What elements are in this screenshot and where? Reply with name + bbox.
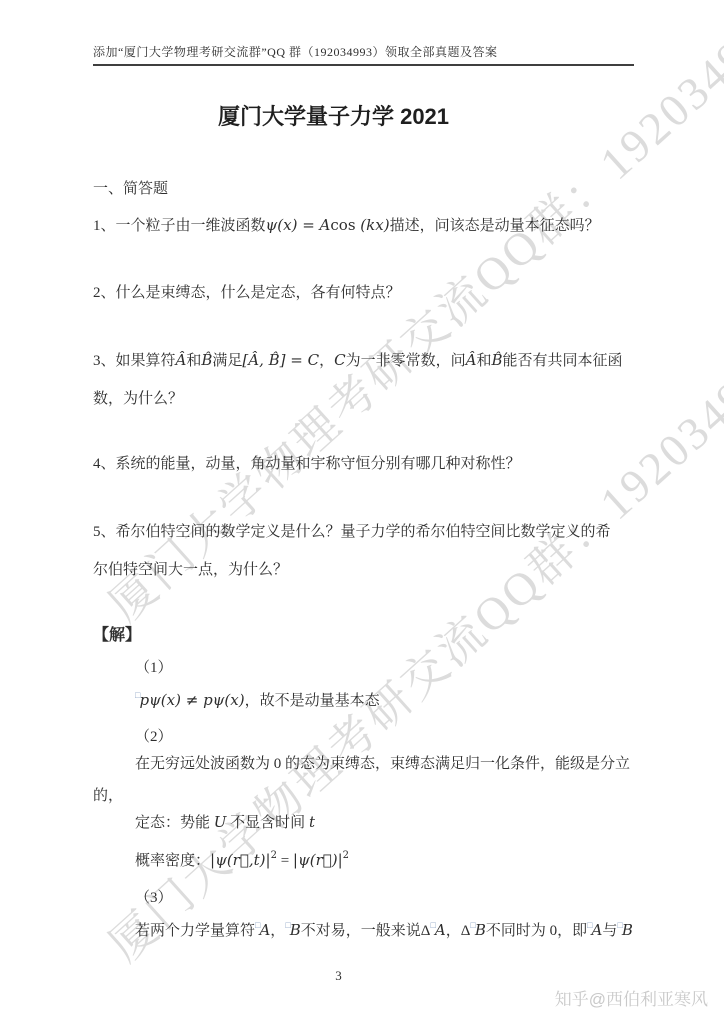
text-segment-t: 定态：势能	[135, 815, 214, 831]
text-segment-t: 不对易，一般来说Δ	[301, 923, 431, 939]
text-segment-m: B̂	[491, 351, 502, 369]
section-heading: 一、简答题	[93, 179, 634, 200]
question-5-line1: 5、希尔伯特空间的数学定义是什么？量子力学的希尔伯特空间比数学定义的希	[93, 522, 634, 543]
text-segment-t: 概率密度：	[135, 853, 210, 869]
text-segment-m: C	[334, 351, 345, 369]
text-segment-t: ，	[270, 923, 285, 939]
document-page: 厦门大学物理考研交流QQ群：192034993 厦门大学物理考研交流QQ群：19…	[0, 0, 724, 1024]
solution-part3-text: 若两个力学量算符□A，□B不对易，一般来说Δ□A，Δ□B不同时为 0，即□A与□…	[93, 915, 634, 942]
text-segment-m: U	[214, 813, 227, 831]
text-segment-m: B̂	[201, 351, 212, 369]
text-segment-m: [Â, B̂] = C	[242, 351, 319, 369]
text-segment-t: 满足	[212, 353, 242, 369]
text-segment-t: 能否有共同本征函	[503, 353, 623, 369]
text-segment-t: 与	[602, 923, 617, 939]
solution-part1-formula: □pψ(x) ≠ pψ(x)，故不是动量基本态	[93, 685, 634, 712]
question-5-line2: 尔伯特空间大一点，为什么？	[93, 560, 634, 581]
page-title: 厦门大学量子力学 2021	[93, 103, 634, 131]
text-segment-m: |ψ(r⃗)|	[293, 851, 343, 869]
text-segment-t: ，Δ	[446, 923, 471, 939]
question-4: 4、系统的能量，动量，角动量和宇称守恒分别有哪几种对称性？	[93, 454, 634, 475]
text-segment-m: B	[290, 921, 301, 939]
question-3-line1: 3、如果算符Â和B̂满足[Â, B̂] = C，C为一非零常数，问Â和B̂能否有…	[93, 350, 634, 372]
text-segment-t: 和	[186, 353, 201, 369]
text-segment-t: 和	[476, 353, 491, 369]
solution-heading: 【解】	[93, 625, 634, 646]
text-segment-mr: cos	[330, 216, 360, 234]
text-segment-m: A	[435, 921, 446, 939]
text-segment-m: B	[475, 921, 486, 939]
text-segment-t: ，故不是动量基本态	[245, 693, 380, 709]
solution-part2-text-line2: 的，	[93, 786, 634, 807]
text-segment-sup: 2	[343, 850, 349, 861]
header-note: 添加“厦门大学物理考研交流群”QQ 群（192034993）领取全部真题及答案	[93, 45, 634, 66]
text-segment-m: pψ(x) ≠ pψ(x)	[139, 691, 244, 709]
text-segment-t: ，	[319, 353, 334, 369]
text-segment-m: ψ(x) = A	[266, 216, 331, 234]
text-segment-m: Â	[466, 351, 477, 369]
text-segment-m: |ψ(r⃗,t)|	[210, 851, 271, 869]
page-content: 添加“厦门大学物理考研交流群”QQ 群（192034993）领取全部真题及答案 …	[0, 0, 724, 1024]
question-3-line2: 数，为什么？	[93, 389, 634, 410]
text-segment-t: 3、如果算符	[93, 353, 176, 369]
solution-part2-label: （2）	[93, 727, 634, 748]
solution-stationary-state-line: 定态：势能 U 不显含时间 t	[93, 812, 634, 834]
question-2: 2、什么是束缚态，什么是定态，各有何特点？	[93, 283, 634, 304]
text-segment-t: =	[277, 853, 293, 869]
text-segment-t: 不显含时间	[226, 815, 309, 831]
question-1: 1、一个粒子由一维波函数ψ(x) = Acos (kx)描述，问该态是动量本征态…	[93, 215, 634, 237]
text-segment-m: (kx)	[360, 216, 389, 234]
text-segment-t: 描述，问该态是动量本征态吗？	[390, 218, 600, 234]
text-segment-m: B	[622, 921, 633, 939]
solution-part3-label: （3）	[93, 888, 634, 909]
zhihu-watermark: 知乎@西伯利亚寒风	[555, 985, 708, 1010]
page-number: 3	[93, 968, 634, 984]
solution-part2-text-line1: 在无穷远处波函数为 0 的态为束缚态，束缚态满足归一化条件，能级是分立	[93, 754, 634, 775]
text-segment-t: 为一非零常数，问	[346, 353, 466, 369]
text-segment-t: 不同时为 0，即	[486, 923, 587, 939]
solution-probability-density-line: 概率密度：|ψ(r⃗,t)|2 = |ψ(r⃗)|2	[93, 844, 634, 873]
solution-part1-label: （1）	[93, 658, 634, 679]
text-segment-m: t	[309, 813, 315, 831]
text-segment-t: 1、一个粒子由一维波函数	[93, 218, 266, 234]
text-segment-m: A	[592, 921, 603, 939]
text-segment-t: 若两个力学量算符	[135, 923, 255, 939]
text-segment-m: Â	[176, 351, 187, 369]
text-segment-m: A	[259, 921, 270, 939]
